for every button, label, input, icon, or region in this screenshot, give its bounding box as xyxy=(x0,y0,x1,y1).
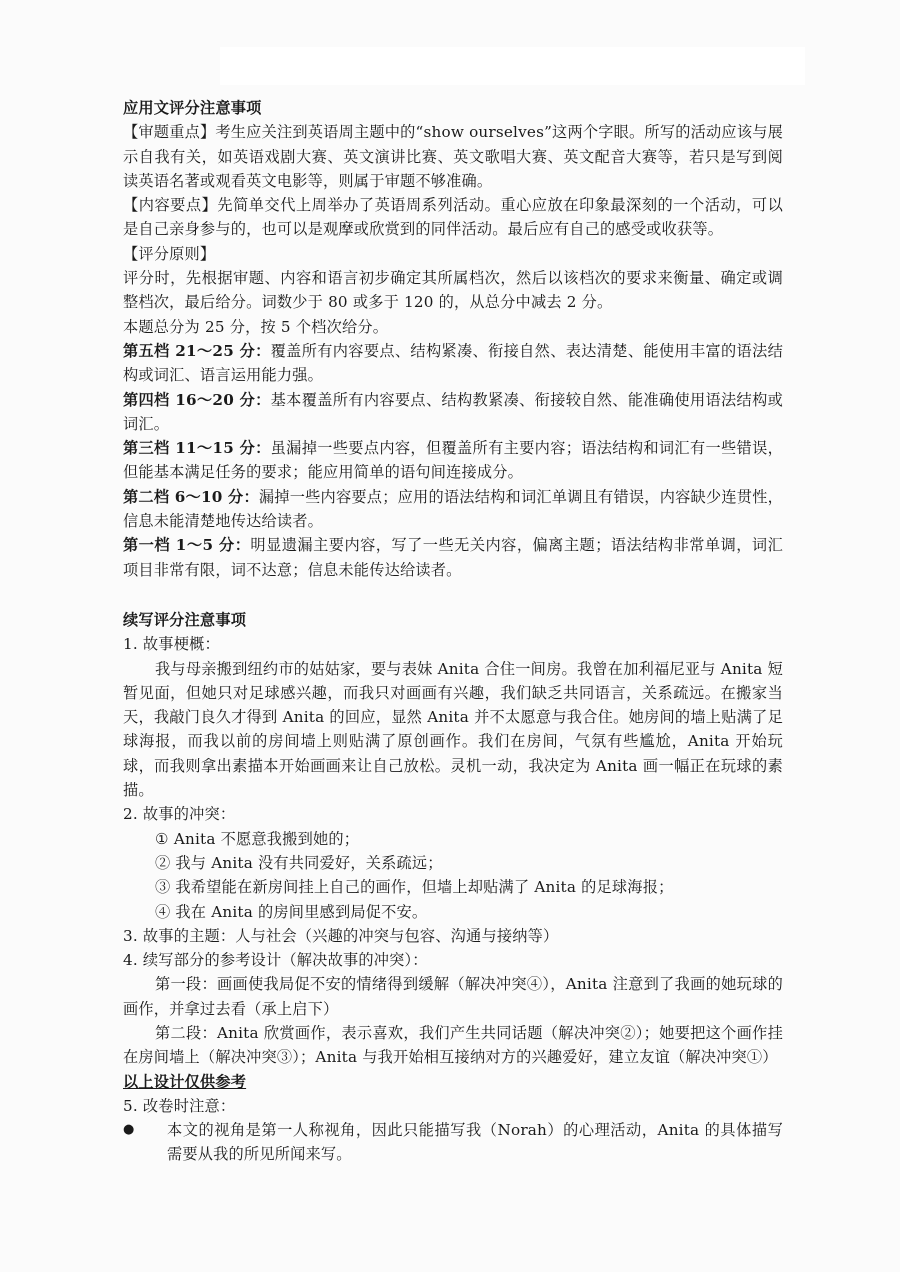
principle-label: 【评分原则】 xyxy=(123,242,783,266)
item2-heading: 2. 故事的冲突： xyxy=(123,802,783,826)
focus-paragraph: 【审题重点】考生应关注到英语周主题中的“show ourselves”这两个字眼… xyxy=(123,120,783,193)
conflict-item: ③ 我希望能在新房间挂上自己的画作，但墙上却贴满了 Anita 的足球海报； xyxy=(123,875,783,899)
bullet-text: 本文的视角是第一人称视角，因此只能描写我（Norah）的心理活动，Anita 的… xyxy=(167,1118,783,1167)
bullet-dot-icon: ● xyxy=(123,1118,167,1167)
content-text: 先简单交代上周举办了英语周系列活动。重心应放在印象最深刻的一个活动，可以是自己亲… xyxy=(123,196,783,238)
design-paragraph-1: 第一段：画画使我局促不安的情绪得到缓解（解决冲突④），Anita 注意到了我画的… xyxy=(123,972,783,1021)
conflict-item: ① Anita 不愿意我搬到她的； xyxy=(123,827,783,851)
content-label: 【内容要点】 xyxy=(123,196,217,214)
bullet-item: ● 本文的视角是第一人称视角，因此只能描写我（Norah）的心理活动，Anita… xyxy=(123,1118,783,1167)
item3-theme: 3. 故事的主题：人与社会（兴趣的冲突与包容、沟通与接纳等） xyxy=(123,924,783,948)
design-paragraph-2: 第二段：Anita 欣赏画作，表示喜欢，我们产生共同话题（解决冲突②）；她要把这… xyxy=(123,1021,783,1070)
item5-heading: 5. 改卷时注意： xyxy=(123,1094,783,1118)
reference-note-text: 以上设计仅供参考 xyxy=(123,1073,246,1091)
item1-heading: 1. 故事梗概： xyxy=(123,632,783,656)
blank-header-area xyxy=(220,47,805,85)
conflict-item: ② 我与 Anita 没有共同爱好，关系疏远； xyxy=(123,851,783,875)
section-title-practical-writing: 应用文评分注意事项 xyxy=(123,96,783,120)
grade-4: 第四档 16～20 分：基本覆盖所有内容要点、结构教紧凑、衔接较自然、能准确使用… xyxy=(123,388,783,437)
reference-note: 以上设计仅供参考 xyxy=(123,1070,783,1094)
document-page: 应用文评分注意事项 【审题重点】考生应关注到英语周主题中的“show ourse… xyxy=(123,96,783,1167)
content-paragraph: 【内容要点】先简单交代上周举办了英语周系列活动。重心应放在印象最深刻的一个活动，… xyxy=(123,193,783,242)
grade-label: 第一档 1～5 分： xyxy=(123,536,250,554)
grade-5: 第五档 21～25 分：覆盖所有内容要点、结构紧凑、衔接自然、表达清楚、能使用丰… xyxy=(123,339,783,388)
grade-2: 第二档 6～10 分：漏掉一些内容要点；应用的语法结构和词汇单调且有错误，内容缺… xyxy=(123,485,783,534)
grade-label: 第四档 16～20 分： xyxy=(123,391,271,409)
focus-label: 【审题重点】 xyxy=(123,123,215,141)
grade-1: 第一档 1～5 分：明显遗漏主要内容，写了一些无关内容，偏离主题；语法结构非常单… xyxy=(123,533,783,582)
grade-label: 第二档 6～10 分： xyxy=(123,488,259,506)
focus-text: 考生应关注到英语周主题中的“show ourselves”这两个字眼。所写的活动… xyxy=(123,123,783,190)
section-spacer xyxy=(123,582,783,608)
item4-heading: 4. 续写部分的参考设计（解决故事的冲突）： xyxy=(123,948,783,972)
total-score-text: 本题总分为 25 分，按 5 个档次给分。 xyxy=(123,315,783,339)
grade-label: 第五档 21～25 分： xyxy=(123,342,271,360)
conflict-item: ④ 我在 Anita 的房间里感到局促不安。 xyxy=(123,900,783,924)
grade-label: 第三档 11～15 分： xyxy=(123,439,271,457)
section-title-continuation: 续写评分注意事项 xyxy=(123,608,783,632)
story-summary: 我与母亲搬到纽约市的姑姑家，要与表妹 Anita 合住一间房。我曾在加利福尼亚与… xyxy=(123,657,783,803)
grade-3: 第三档 11～15 分：虽漏掉一些要点内容，但覆盖所有主要内容；语法结构和词汇有… xyxy=(123,436,783,485)
principle-text: 评分时，先根据审题、内容和语言初步确定其所属档次，然后以该档次的要求来衡量、确定… xyxy=(123,266,783,315)
